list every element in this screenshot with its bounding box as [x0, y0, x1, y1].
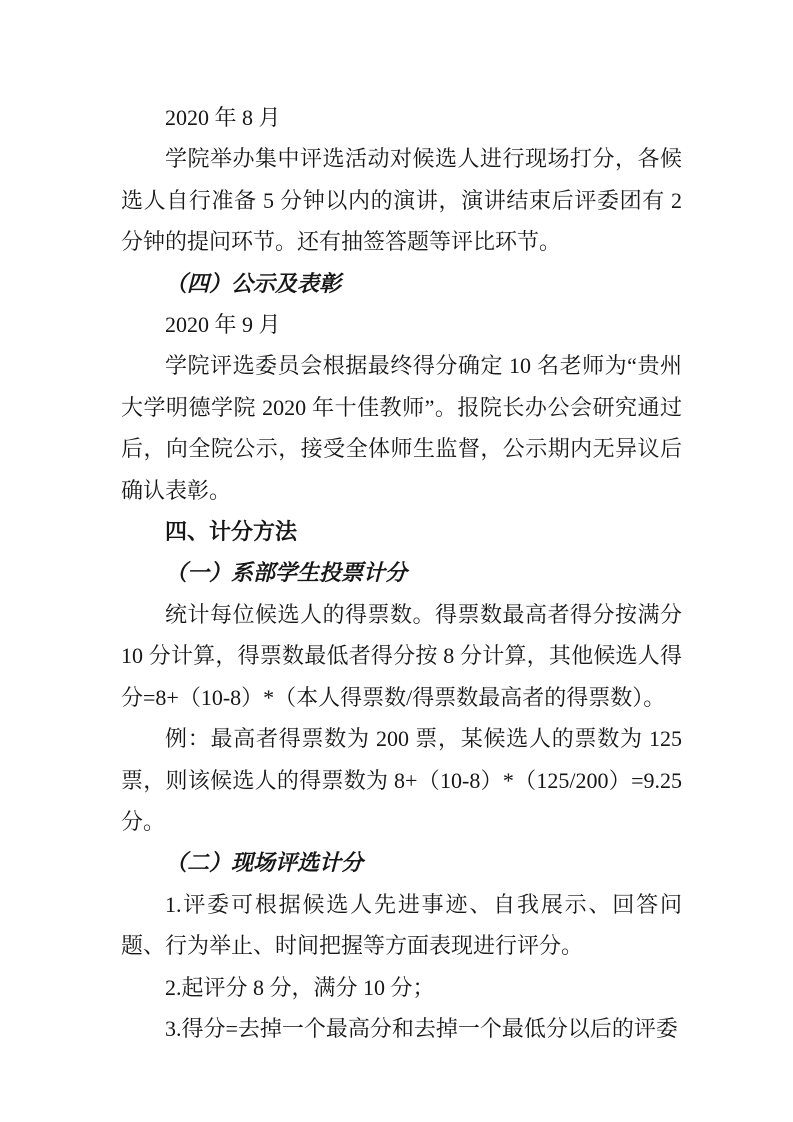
heading-section4-publicity-commendation: （四）公示及表彰	[121, 263, 682, 304]
paragraph-voting-score-example: 例：最高者得票数为 200 票，某候选人的票数为 125 票，则该候选人的得票数…	[121, 718, 682, 842]
document-page: 2020 年 8 月 学院举办集中评选活动对候选人进行现场打分，各候选人自行准备…	[0, 0, 793, 1122]
document-content: 2020 年 8 月 学院举办集中评选活动对候选人进行现场打分，各候选人自行准备…	[121, 97, 682, 1049]
paragraph-voting-score-formula: 统计每位候选人的得票数。得票数最高者得分按满分 10 分计算，得票数最低者得分按…	[121, 594, 682, 718]
paragraph-date-2020-09: 2020 年 9 月	[121, 304, 682, 345]
paragraph-onsite-scoring-description: 学院举办集中评选活动对候选人进行现场打分，各候选人自行准备 5 分钟以内的演讲，…	[121, 138, 682, 262]
heading-sub1-student-voting-score: （一）系部学生投票计分	[121, 552, 682, 593]
paragraph-score-calculation-partial: 3.得分=去掉一个最高分和去掉一个最低分以后的评委	[121, 1008, 682, 1049]
paragraph-final-selection-publicity: 学院评选委员会根据最终得分确定 10 名老师为“贵州大学明德学院 2020 年十…	[121, 345, 682, 511]
paragraph-date-2020-08: 2020 年 8 月	[121, 97, 682, 138]
paragraph-base-score: 2.起评分 8 分，满分 10 分；	[121, 967, 682, 1008]
paragraph-judge-criteria: 1.评委可根据候选人先进事迹、自我展示、回答问题、行为举止、时间把握等方面表现进…	[121, 884, 682, 967]
heading-sub2-onsite-selection-score: （二）现场评选计分	[121, 842, 682, 883]
heading-part4-scoring-method: 四、计分方法	[121, 511, 682, 552]
